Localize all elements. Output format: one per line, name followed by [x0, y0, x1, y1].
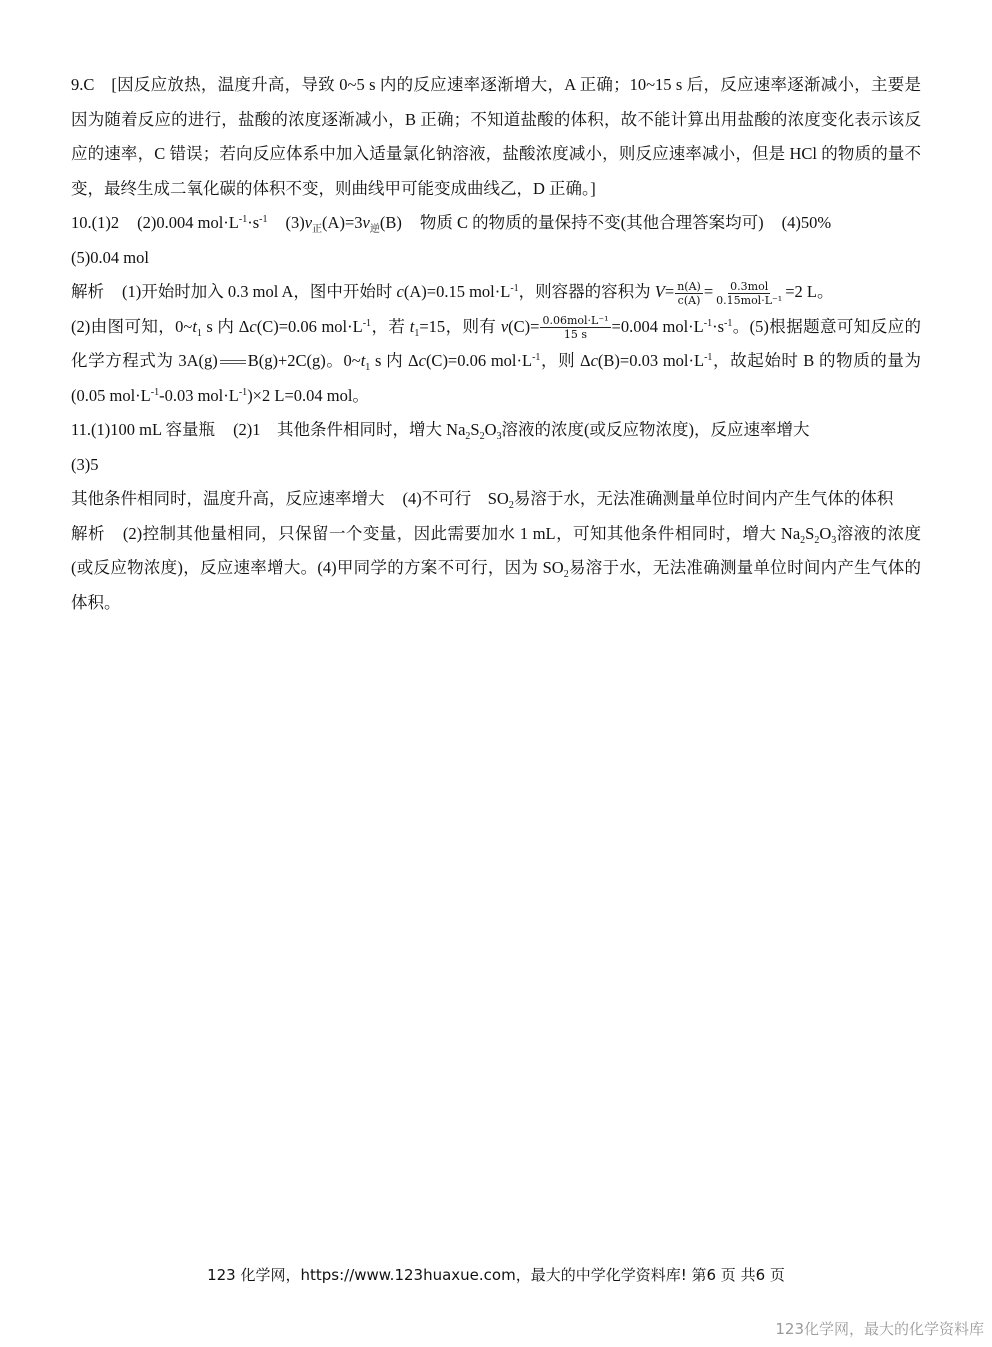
analysis-text: )×2 L=0.04 mol。	[247, 386, 369, 405]
var-v: v	[305, 213, 312, 232]
element: S	[805, 524, 814, 543]
var-c: c	[249, 317, 256, 336]
unit: ·s	[712, 317, 724, 336]
q10-part3-mid: (A)=3	[322, 213, 362, 232]
sup: -1	[704, 318, 712, 329]
analysis-text: s 内 Δ	[202, 317, 250, 336]
analysis-text: (C)=	[508, 317, 539, 336]
sub-reverse: 逆	[370, 224, 380, 235]
q11-part4-text: 易溶于水，无法准确测量单位时间内产生气体的体积	[514, 489, 894, 508]
analysis-text: (B)=0.03 mol·L	[598, 351, 704, 370]
frac-num: n(A)	[675, 280, 703, 294]
q10-part3: (3)	[285, 213, 304, 232]
sup: -1	[510, 283, 518, 294]
q10-part1: 10.(1)2	[71, 213, 119, 232]
fraction-volume-values: 0.3mol0.15mol·L⁻¹	[714, 280, 784, 307]
frac-den: 0.15mol·L⁻¹	[714, 294, 784, 307]
answer-q9-text: 9.C [因反应放热，温度升高，导致 0~5 s 内的反应速率逐渐增大，A 正确…	[71, 75, 921, 198]
frac-num: 0.3mol	[728, 280, 770, 294]
var-c: c	[419, 351, 426, 370]
var-c: c	[397, 282, 404, 301]
frac-den: 15 s	[562, 328, 589, 341]
analysis-label: 解析	[71, 524, 105, 543]
unit: ·s	[247, 213, 259, 232]
document-body: 9.C [因反应放热，温度升高，导致 0~5 s 内的反应速率逐渐增大，A 正确…	[71, 68, 921, 620]
analysis-text: =0.004 mol·L	[612, 317, 704, 336]
q11-part1: 11.(1)100 mL 容量瓶	[71, 420, 215, 439]
analysis-q11: 解析(2)控制其他量相同，只保留一个变量，因此需要加水 1 mL，可知其他条件相…	[71, 517, 921, 621]
sup: -1	[239, 387, 247, 398]
analysis-text: (C)=0.06 mol·L	[257, 317, 363, 336]
analysis-text: -0.03 mol·L	[159, 386, 239, 405]
fraction-volume: n(A)c(A)	[675, 280, 703, 307]
analysis-text: ，则 Δ	[540, 351, 590, 370]
sub-forward: 正	[312, 224, 322, 235]
q10-part3-post: (B)	[380, 213, 402, 232]
q11-part2-text: 溶液的浓度(或反应物浓度)，反应速率增大	[502, 420, 810, 439]
analysis-q10: 解析(1)开始时加入 0.3 mol A，图中开始时 c(A)=0.15 mol…	[71, 275, 921, 413]
q11-part2: (2)1 其他条件相同时，增大 Na	[233, 420, 465, 439]
fraction-rate: 0.06mol·L⁻¹15 s	[540, 314, 610, 341]
sup: -1	[363, 318, 371, 329]
analysis-label: 解析	[71, 282, 104, 301]
analysis-text: ，则容器的容积为	[519, 282, 655, 301]
q10-part4: (4)50%	[782, 213, 831, 232]
frac-num: 0.06mol·L⁻¹	[540, 314, 610, 328]
q11-part3-text: 其他条件相同时，温度升高，反应速率增大	[71, 489, 385, 508]
answer-q9: 9.C [因反应放热，温度升高，导致 0~5 s 内的反应速率逐渐增大，A 正确…	[71, 68, 921, 206]
sup: -1	[259, 214, 267, 225]
q10-part5: (5)0.04 mol	[71, 248, 149, 267]
var-c: c	[591, 351, 598, 370]
q10-part2: (2)0.004 mol·L	[137, 213, 239, 232]
element: O	[819, 524, 831, 543]
answer-q11: 11.(1)100 mL 容量瓶(2)1 其他条件相同时，增大 Na2S2O3溶…	[71, 413, 921, 517]
analysis-text: =15，则有	[419, 317, 500, 336]
element: S	[470, 420, 479, 439]
watermark: 123化学网，最大的化学资料库	[775, 1318, 984, 1339]
var-v: v	[363, 213, 370, 232]
q10-part3-text: 物质 C 的物质的量保持不变(其他合理答案均可)	[420, 213, 764, 232]
var-V: V	[655, 282, 665, 301]
q11-part4: (4)不可行 SO	[403, 489, 509, 508]
analysis-text: B(g)+2C(g)。0~	[248, 351, 361, 370]
analysis-text: s 内 Δ	[370, 351, 418, 370]
sup: -1	[239, 214, 247, 225]
frac-den: c(A)	[676, 294, 703, 307]
analysis-text: =2 L。	[785, 282, 833, 301]
q11-part3: (3)5	[71, 455, 99, 474]
analysis-text: ，若	[371, 317, 410, 336]
analysis-text: (C)=0.06 mol·L	[426, 351, 532, 370]
sup: -1	[151, 387, 159, 398]
analysis-text: (2)由图可知，0~	[71, 317, 192, 336]
analysis-text: (1)开始时加入 0.3 mol A，图中开始时	[122, 282, 397, 301]
element: O	[485, 420, 497, 439]
analysis-text: (A)=0.15 mol·L	[404, 282, 510, 301]
page-footer: 123 化学网，https://www.123huaxue.com，最大的中学化…	[0, 1264, 992, 1285]
answer-q10: 10.(1)2(2)0.004 mol·L-1·s-1(3)v正(A)=3v逆(…	[71, 206, 921, 275]
analysis-text: (2)控制其他量相同，只保留一个变量，因此需要加水 1 mL，可知其他条件相同时…	[123, 524, 800, 543]
equilibrium-arrow-icon	[220, 358, 246, 366]
